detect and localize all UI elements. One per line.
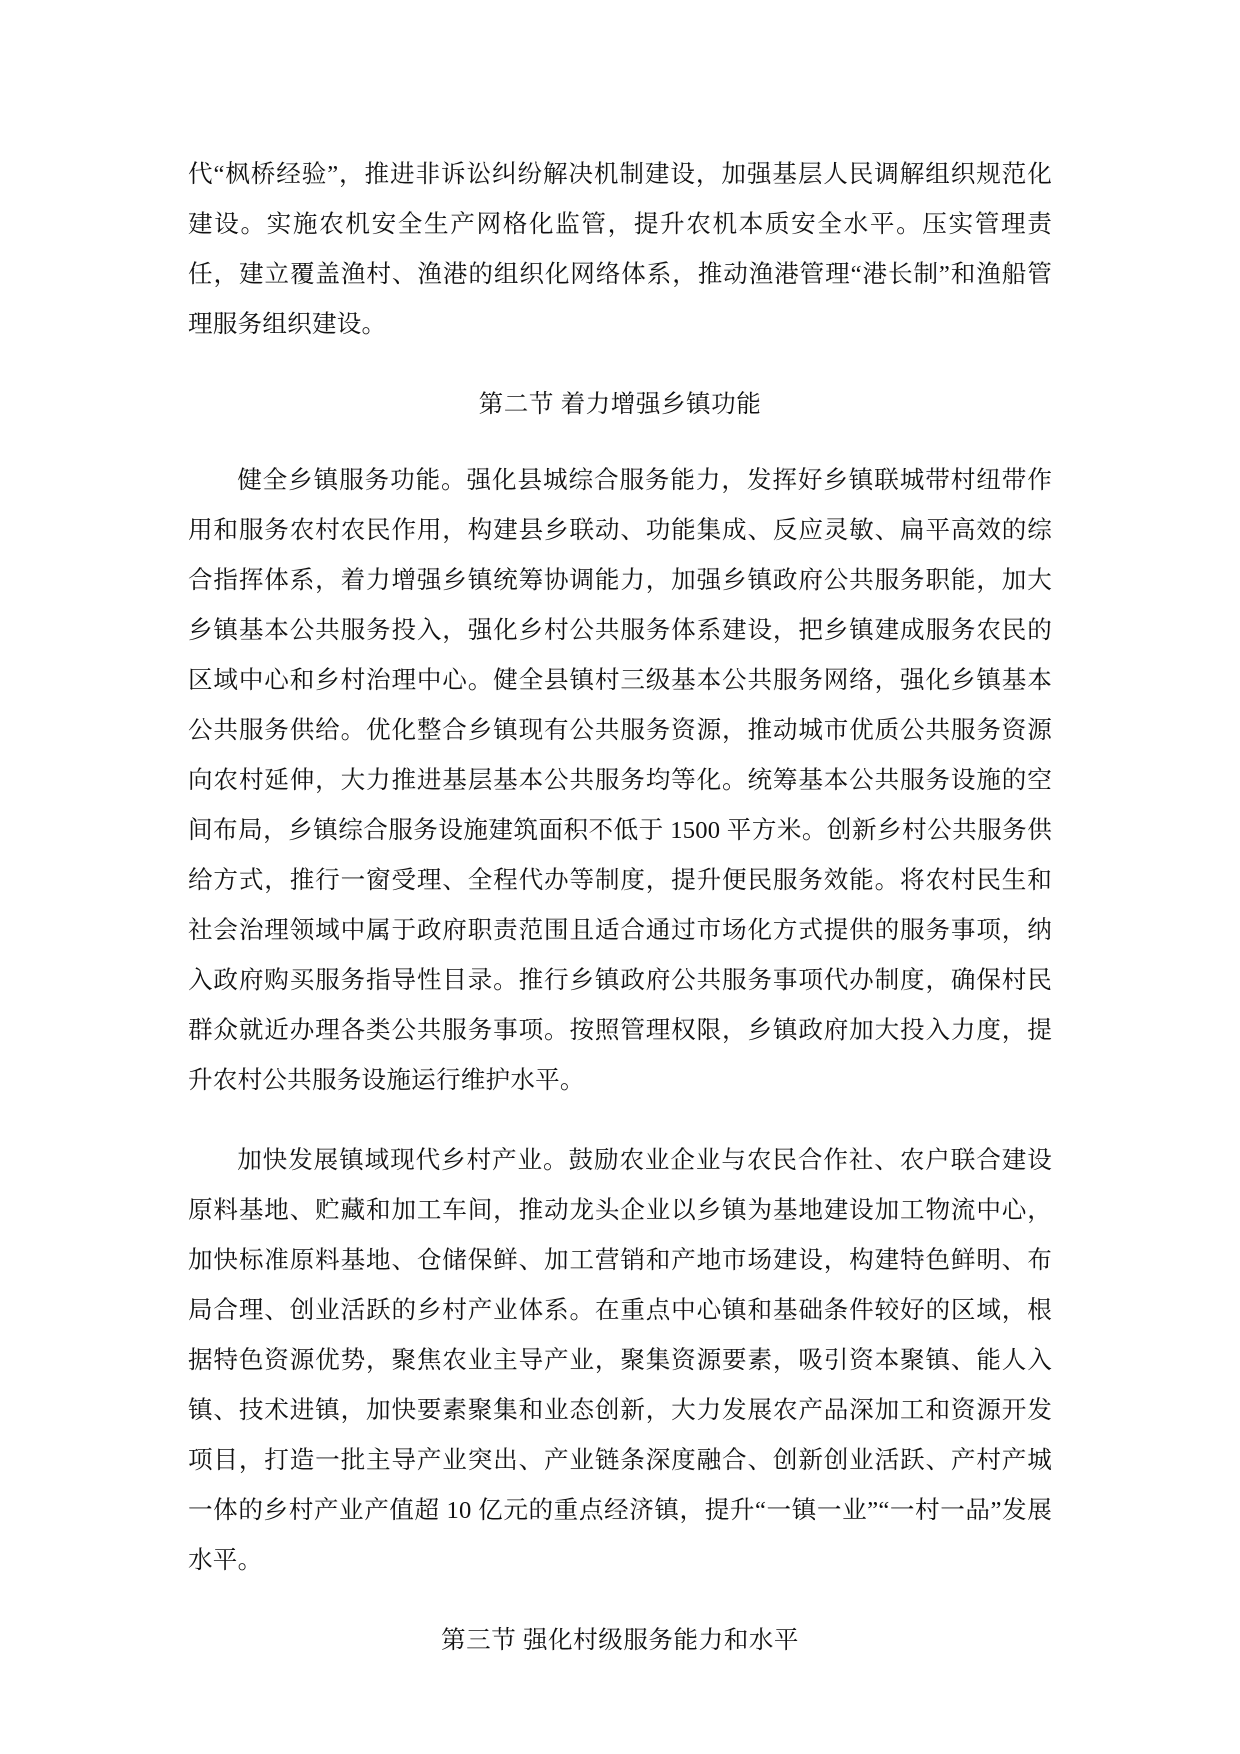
- document-body: 代“枫桥经验”，推进非诉讼纠纷解决机制建设，加强基层人民调解组织规范化建设。实施…: [188, 150, 1052, 1666]
- section-heading-2: 第二节 着力增强乡镇功能: [188, 380, 1052, 430]
- paragraph-township-services: 健全乡镇服务功能。强化县城综合服务能力，发挥好乡镇联城带村纽带作用和服务农村农民…: [188, 456, 1052, 1106]
- paragraph-town-industry: 加快发展镇域现代乡村产业。鼓励农业企业与农民合作社、农户联合建设原料基地、贮藏和…: [188, 1136, 1052, 1586]
- section-heading-3: 第三节 强化村级服务能力和水平: [188, 1616, 1052, 1666]
- paragraph-continuation: 代“枫桥经验”，推进非诉讼纠纷解决机制建设，加强基层人民调解组织规范化建设。实施…: [188, 150, 1052, 350]
- document-page: 代“枫桥经验”，推进非诉讼纠纷解决机制建设，加强基层人民调解组织规范化建设。实施…: [0, 0, 1240, 1754]
